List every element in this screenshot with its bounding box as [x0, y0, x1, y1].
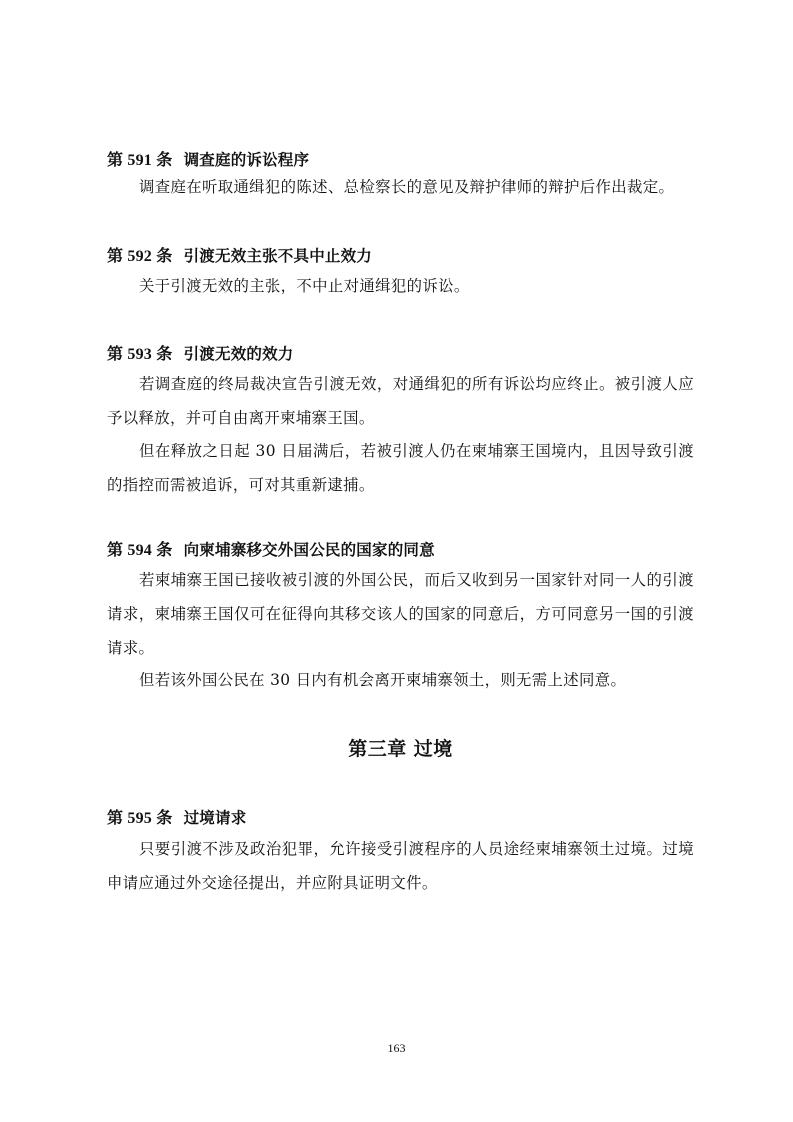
article-number: 第 593 条 — [107, 346, 172, 363]
article-title: 引渡无效主张不具中止效力 — [184, 247, 372, 265]
chapter-title: 第三章 过境 — [107, 736, 694, 762]
article-paragraph: 若柬埔寨王国已接收被引渡的外国公民，而后又收到另一国家针对同一人的引渡请求，柬埔… — [107, 563, 694, 665]
article-title: 过境请求 — [184, 809, 247, 827]
article-paragraph: 但若该外国公民在 30 日内有机会离开柬埔寨领土，则无需上述同意。 — [107, 663, 694, 697]
article-heading-595: 第 595 条 过境请求 — [107, 808, 246, 829]
article-number: 第 594 条 — [107, 542, 172, 559]
article-paragraph: 关于引渡无效的主张，不中止对通缉犯的诉讼。 — [107, 269, 694, 303]
article-heading-591: 第 591 条 调查庭的诉讼程序 — [107, 150, 309, 171]
article-title: 调查庭的诉讼程序 — [184, 151, 310, 169]
article-title: 引渡无效的效力 — [184, 345, 294, 363]
article-heading-594: 第 594 条 向柬埔寨移交外国公民的国家的同意 — [107, 540, 435, 561]
article-paragraph: 若调查庭的终局裁决宣告引渡无效，对通缉犯的所有诉讼均应终止。被引渡人应予以释放，… — [107, 367, 694, 435]
article-heading-592: 第 592 条 引渡无效主张不具中止效力 — [107, 246, 372, 267]
article-paragraph: 但在释放之日起 30 日届满后，若被引渡人仍在柬埔寨王国境内，且因导致引渡的指控… — [107, 434, 694, 502]
article-number: 第 592 条 — [107, 248, 172, 265]
article-paragraph: 只要引渡不涉及政治犯罪，允许接受引渡程序的人员途经柬埔寨领土过境。过境申请应通过… — [107, 832, 694, 900]
article-heading-593: 第 593 条 引渡无效的效力 — [107, 344, 294, 365]
article-paragraph: 调查庭在听取通缉犯的陈述、总检察长的意见及辩护律师的辩护后作出裁定。 — [107, 170, 694, 204]
article-number: 第 595 条 — [107, 810, 172, 827]
page-number: 163 — [0, 1041, 793, 1055]
article-title: 向柬埔寨移交外国公民的国家的同意 — [184, 541, 435, 559]
article-number: 第 591 条 — [107, 152, 172, 169]
